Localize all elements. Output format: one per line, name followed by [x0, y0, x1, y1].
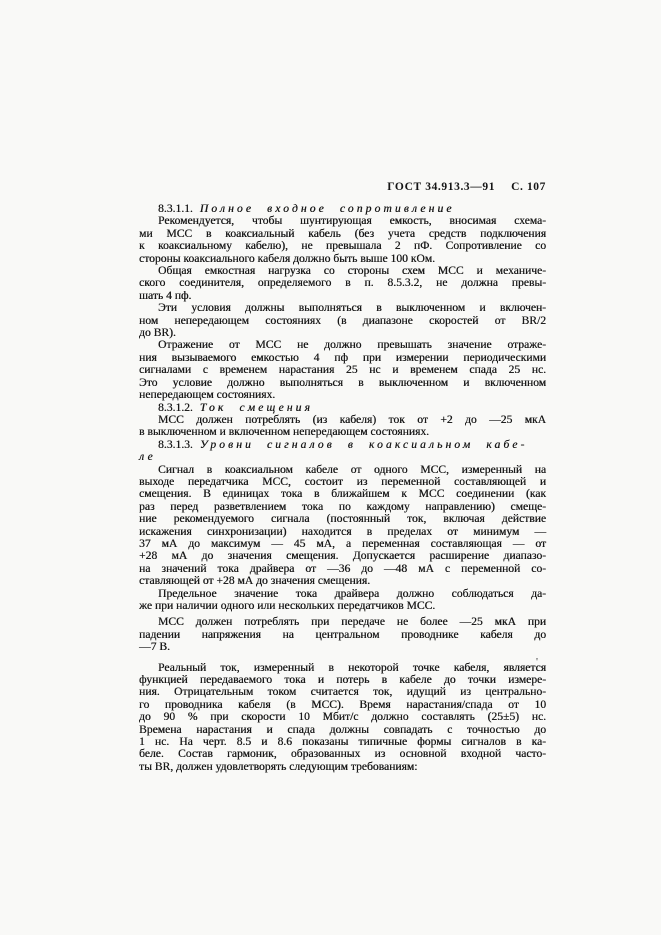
- text-line: ном непередающем состояниях (в диапазоне…: [139, 315, 546, 327]
- text-line: +28 мА до значения смещения. Допускается…: [139, 550, 546, 562]
- document-body: 8.3.1.1.Полное входное сопротивлениеРеко…: [139, 203, 546, 773]
- text-line: к коаксиальному кабелю), не превышала 2 …: [139, 240, 546, 252]
- clause-title: Ток смещения: [200, 401, 313, 414]
- text-line: Рекомендуется, чтобы шунтирующая емкость…: [139, 215, 546, 227]
- clause-title: ле: [139, 450, 156, 463]
- clause-heading: 8.3.1.3.Уровни сигналов в коаксиальном к…: [139, 439, 546, 451]
- document-content: ГОСТ 34.913.3—91С. 107 8.3.1.1.Полное вх…: [139, 181, 546, 773]
- text-line: ние рекомендуемого сигнала (постоянный т…: [139, 513, 546, 525]
- text-line: же при наличии одного или нескольких пер…: [139, 600, 546, 612]
- clause-number: 8.3.1.1.: [158, 202, 193, 215]
- clause-title: Полное входное сопротивление: [200, 202, 455, 215]
- text-line: Эти условия должны выполняться в выключе…: [139, 302, 546, 314]
- page-number: С. 107: [511, 181, 546, 193]
- clause-number: 8.3.1.3.: [158, 438, 193, 451]
- text-line: ния. Отрицательным током считается ток, …: [139, 686, 546, 698]
- document-page: ГОСТ 34.913.3—91С. 107 8.3.1.1.Полное вх…: [0, 0, 661, 935]
- scan-artifact: .: [531, 744, 534, 756]
- text-line: Отражение от МСС не должно превышать зна…: [139, 339, 546, 351]
- page-header: ГОСТ 34.913.3—91С. 107: [139, 181, 546, 193]
- text-line: беле. Состав гармоник, образованных из о…: [139, 748, 546, 760]
- standard-number: ГОСТ 34.913.3—91: [387, 181, 495, 193]
- text-line: МСС должен потреблять при передаче не бо…: [139, 616, 546, 628]
- text-line: ты BR, должен удовлетворять следующим тр…: [139, 761, 546, 773]
- text-line: сигналами с временем нарастания 25 нс и …: [139, 364, 546, 376]
- clause-title: Уровни сигналов в коаксиальном кабе-: [200, 438, 528, 451]
- text-line: смещения. В единицах тока в ближайшем к …: [139, 488, 546, 500]
- text-line: ского соединителя, определяемого в п. 8.…: [139, 277, 546, 289]
- text-line: падении напряжения на центральном провод…: [139, 629, 546, 641]
- text-line: до 90 % при скорости 10 Мбит/с должно со…: [139, 711, 546, 723]
- scan-artifact: ': [536, 656, 538, 668]
- clause-number: 8.3.1.2.: [158, 401, 193, 414]
- text-line: ставляющей от +28 мА до значения смещени…: [139, 575, 546, 587]
- clause-heading: ле: [139, 451, 546, 463]
- text-line: —7 В.: [139, 641, 546, 653]
